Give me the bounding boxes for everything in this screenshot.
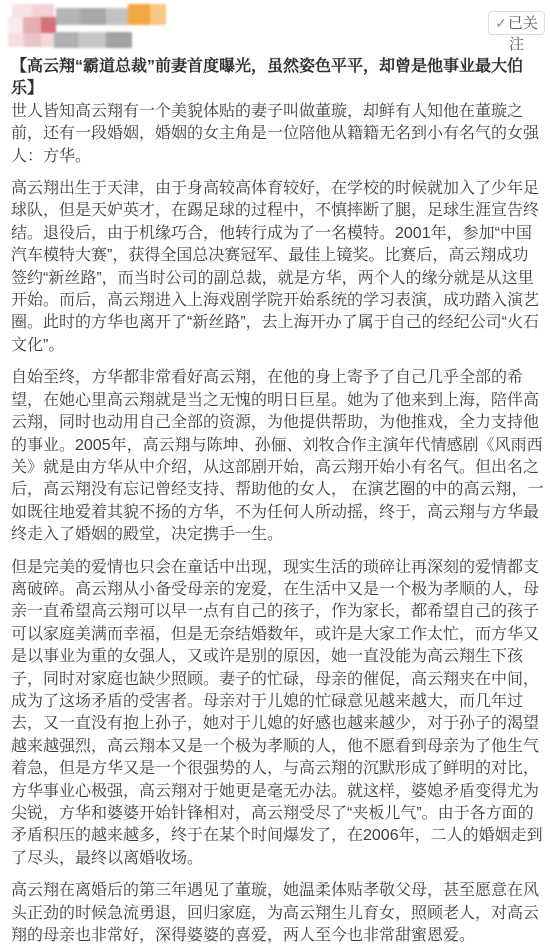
mosaic-cell bbox=[12, 4, 32, 17]
mosaic-cell bbox=[80, 8, 106, 25]
censored-user-info[interactable] bbox=[8, 2, 178, 52]
mosaic-cell bbox=[54, 32, 78, 48]
censored-user-mosaic bbox=[8, 2, 170, 50]
mosaic-cell bbox=[8, 17, 23, 33]
mosaic-cell bbox=[8, 33, 24, 47]
article-paragraph: 自始至终，方华都非常看好高云翔，在他的身上寄予了自己几乎全部的希望，在她心里高云… bbox=[11, 367, 544, 546]
followed-button-label: 已关注 bbox=[508, 15, 538, 53]
mosaic-cell bbox=[56, 8, 80, 25]
article-page: ✓已关注 【高云翔“霸道总裁”前妻首度曝光，虽然姿色平平，却曾是他事业最大伯乐】… bbox=[0, 0, 550, 948]
mosaic-cell bbox=[23, 17, 41, 33]
mosaic-cell bbox=[128, 4, 150, 25]
check-icon: ✓ bbox=[495, 15, 507, 31]
mosaic-cell bbox=[78, 32, 106, 48]
article-title: 【高云翔“霸道总裁”前妻首度曝光，虽然姿色平平，却曾是他事业最大伯乐】 bbox=[11, 56, 544, 101]
mosaic-cell bbox=[150, 4, 166, 25]
article-paragraph: 但是完美的爱情也只会在童话中出现，现实生活的琐碎让再深刻的爱情都支离破碎。高云翔… bbox=[11, 557, 544, 871]
article-paragraph: 高云翔在离婚后的第三年遇见了董璇，她温柔体贴孝敬父母，甚至愿意在风头正劲的时候急… bbox=[11, 880, 544, 947]
article-paragraph: 世人皆知高云翔有一个美貌体贴的妻子叫做董璇，却鲜有人知他在董璇之前，还有一段婚姻… bbox=[11, 101, 544, 168]
mosaic-cell bbox=[24, 33, 41, 47]
post-header: ✓已关注 bbox=[0, 0, 550, 56]
mosaic-cell bbox=[32, 4, 54, 17]
followed-button[interactable]: ✓已关注 bbox=[488, 11, 545, 35]
article-body: 【高云翔“霸道总裁”前妻首度曝光，虽然姿色平平，却曾是他事业最大伯乐】 世人皆知… bbox=[0, 56, 550, 947]
mosaic-cell bbox=[106, 32, 132, 48]
mosaic-cell bbox=[41, 17, 56, 33]
mosaic-cell bbox=[106, 8, 128, 25]
article-paragraph: 高云翔出生于天津，由于身高较高体育较好，在学校的时候就加入了少年足球队，但是天妒… bbox=[11, 178, 544, 357]
